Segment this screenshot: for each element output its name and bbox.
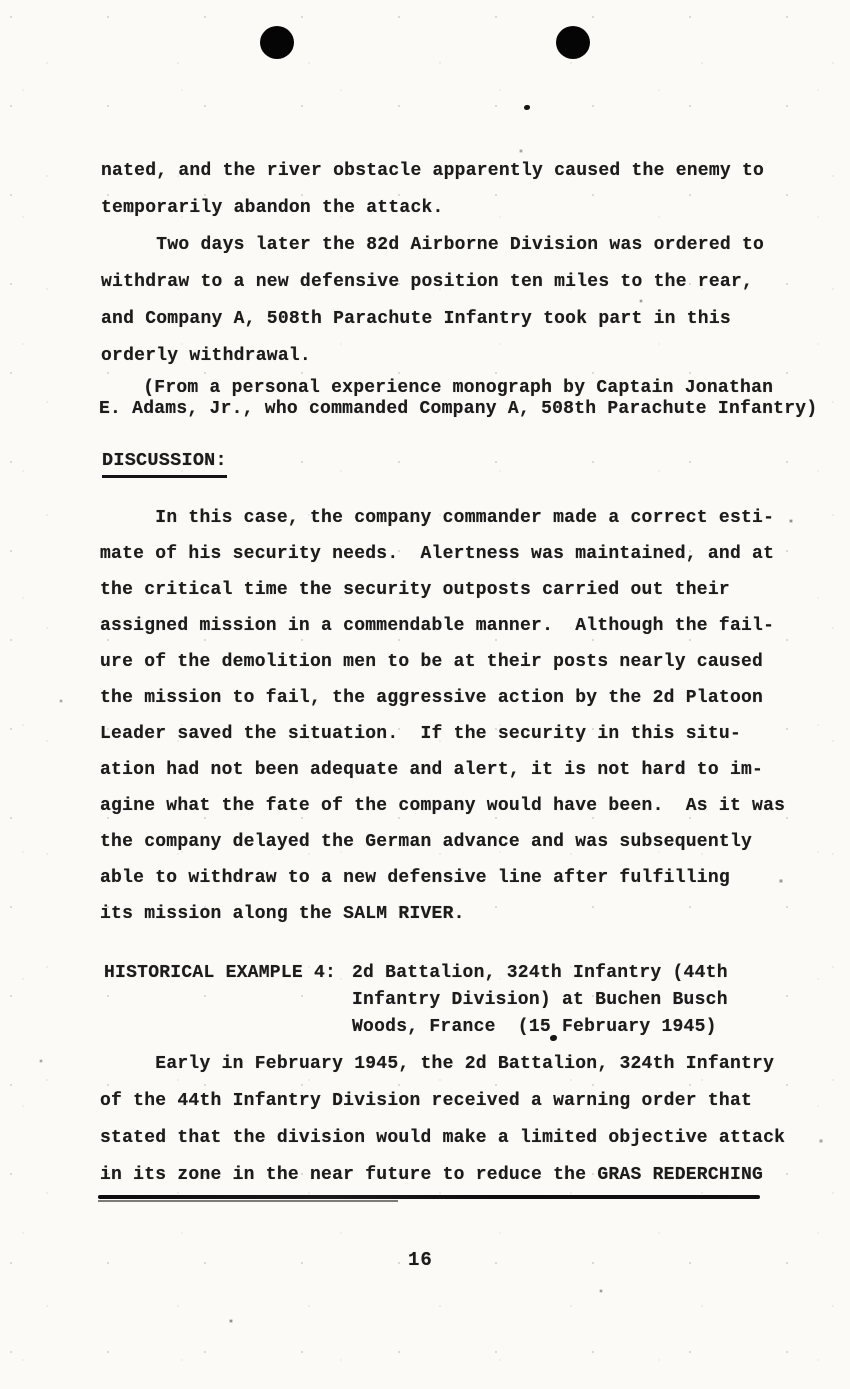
body-paragraph-withdrawal: Two days later the 82d Airborne Division…	[101, 227, 811, 375]
scanned-document-page: nated, and the river obstacle apparently…	[0, 0, 850, 1389]
body-paragraph-continuation: nated, and the river obstacle apparently…	[101, 153, 811, 227]
discussion-paragraph: In this case, the company commander made…	[100, 500, 812, 932]
punch-hole-left	[260, 26, 294, 59]
paper-noise-specks	[0, 0, 2, 2]
source-citation: (From a personal experience monograph by…	[99, 378, 835, 420]
body-paragraph-february: Early in February 1945, the 2d Battalion…	[100, 1046, 812, 1194]
historical-example-label: HISTORICAL EXAMPLE 4:	[104, 960, 336, 987]
footer-rule-echo	[98, 1200, 398, 1202]
historical-example-title: 2d Battalion, 324th Infantry (44th Infan…	[352, 960, 752, 1041]
footer-rule	[98, 1195, 760, 1199]
ink-speck-top	[524, 105, 530, 110]
page-number: 16	[408, 1248, 433, 1272]
punch-hole-right	[556, 26, 590, 59]
discussion-heading: DISCUSSION:	[102, 449, 227, 478]
ink-speck-middle	[550, 1035, 557, 1041]
